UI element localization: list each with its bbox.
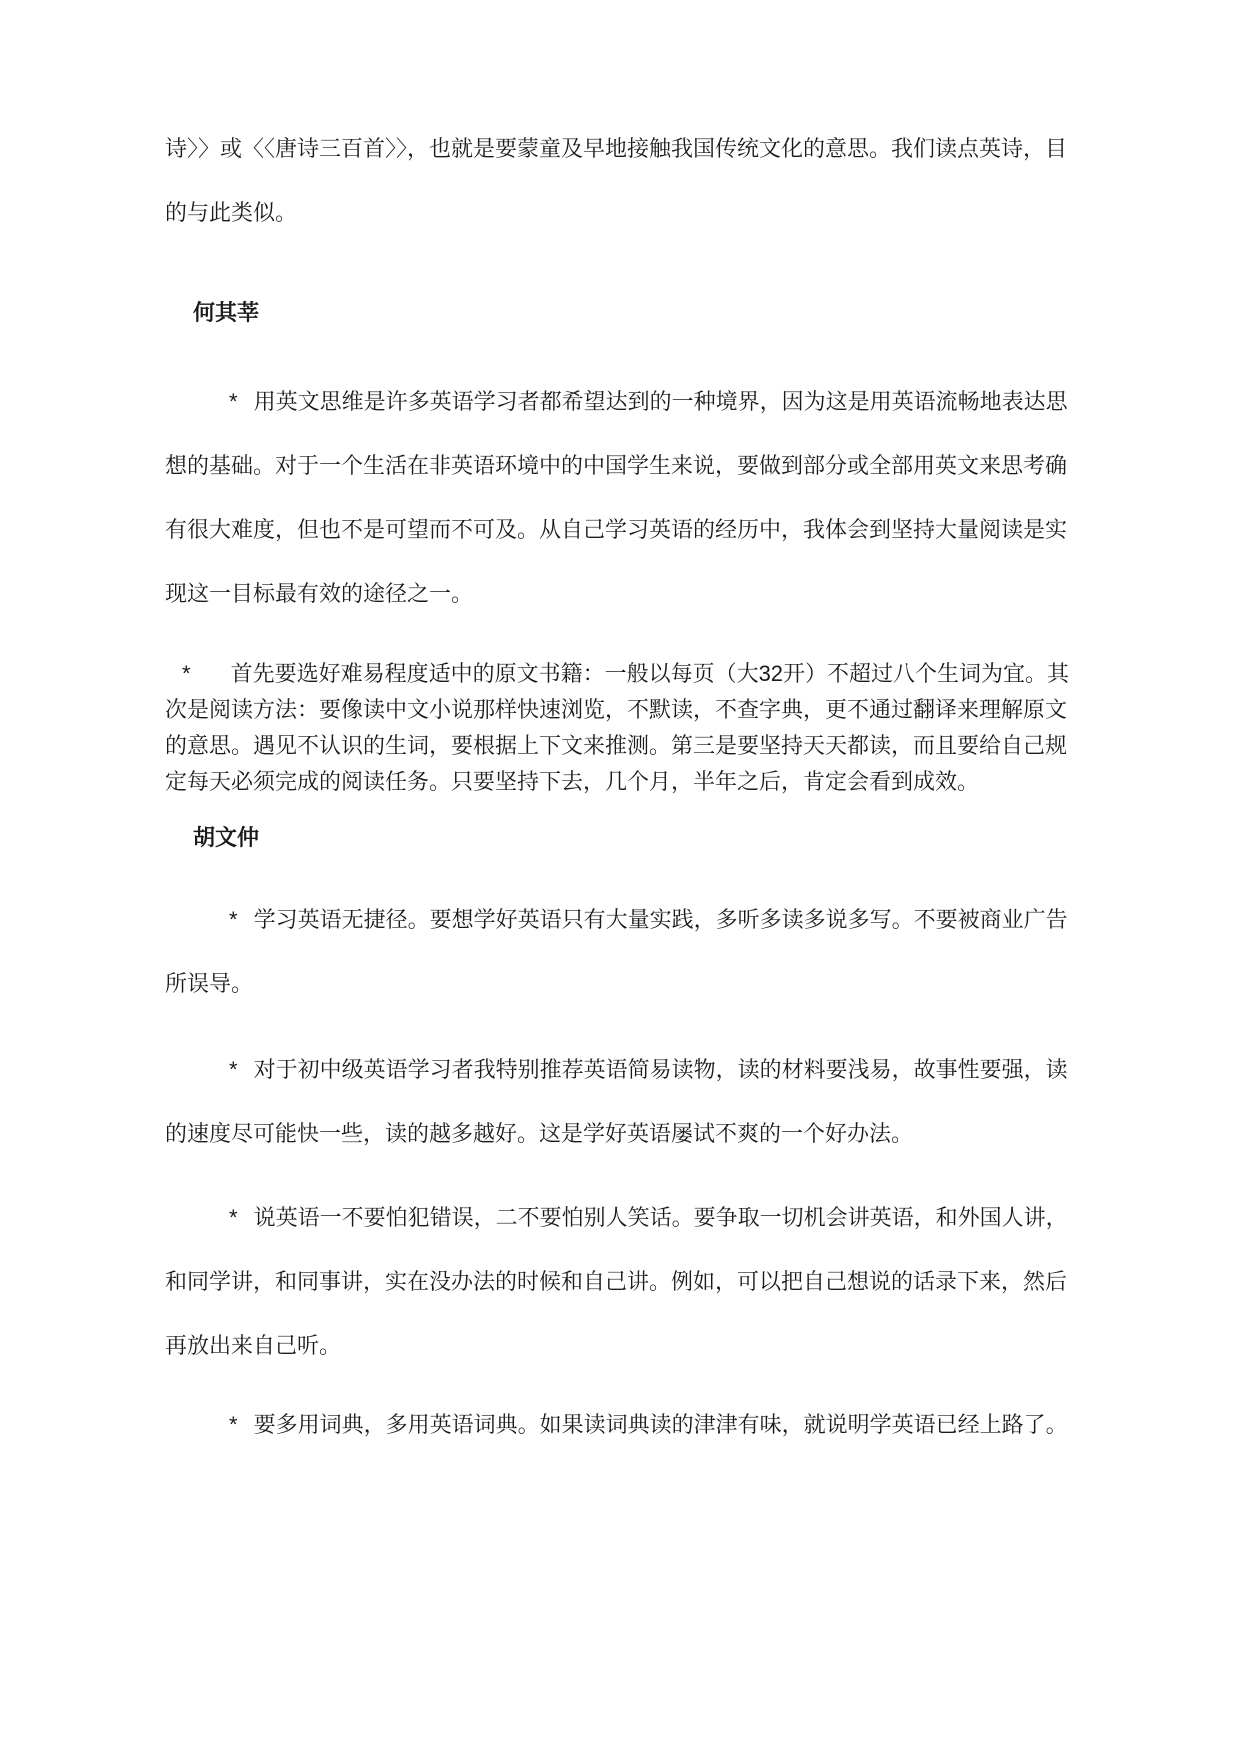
paragraph-text: 要多用词典，多用英语词典。如果读词典读的津津有味，就说明学英语已经上路了。: [254, 1412, 1068, 1437]
paragraph-text: 首先要选好难易程度适中的原文书籍：一般以每页（大32开）不超过八个生词为宜。其次…: [165, 661, 1069, 794]
paragraph-text: 学习英语无捷径。要想学好英语只有大量实践，多听多读多说多写。不要被商业广告所误导…: [165, 907, 1068, 996]
document-content: 诗〉〉或〈〈唐诗三百首〉〉，也就是要蒙童及早地接触我国传统文化的意思。我们读点英…: [165, 117, 1085, 1457]
paragraph-quote: *首先要选好难易程度适中的原文书籍：一般以每页（大32开）不超过八个生词为宜。其…: [165, 656, 1085, 800]
asterisk-bullet: *: [229, 1057, 254, 1082]
asterisk-bullet: *: [229, 907, 254, 932]
paragraph-continuation: 诗〉〉或〈〈唐诗三百首〉〉，也就是要蒙童及早地接触我国传统文化的意思。我们读点英…: [165, 117, 1085, 245]
paragraph-text: 说英语一不要怕犯错误，二不要怕别人笑话。要争取一切机会讲英语，和外国人讲，和同学…: [165, 1205, 1068, 1358]
section-heading-he-qixin: 何其莘: [165, 281, 1085, 345]
section-heading-hu-wenzhong: 胡文仲: [165, 806, 1085, 870]
paragraph-quote: *要多用词典，多用英语词典。如果读词典读的津津有味，就说明学英语已经上路了。: [165, 1393, 1085, 1457]
document-page: 诗〉〉或〈〈唐诗三百首〉〉，也就是要蒙童及早地接触我国传统文化的意思。我们读点英…: [0, 0, 1241, 1754]
asterisk-bullet: *: [229, 1412, 254, 1437]
asterisk-bullet: *: [229, 1205, 254, 1230]
paragraph-text: 对于初中级英语学习者我特别推荐英语简易读物，读的材料要浅易，故事性要强，读的速度…: [165, 1057, 1068, 1146]
paragraph-quote: *说英语一不要怕犯错误，二不要怕别人笑话。要争取一切机会讲英语，和外国人讲，和同…: [165, 1186, 1085, 1378]
paragraph-text: 用英文思维是许多英语学习者都希望达到的一种境界，因为这是用英语流畅地表达思想的基…: [165, 389, 1068, 606]
asterisk-bullet: *: [229, 389, 254, 414]
paragraph-quote: *用英文思维是许多英语学习者都希望达到的一种境界，因为这是用英语流畅地表达思想的…: [165, 370, 1085, 626]
paragraph-quote: *对于初中级英语学习者我特别推荐英语简易读物，读的材料要浅易，故事性要强，读的速…: [165, 1038, 1085, 1166]
paragraph-text: 诗〉〉或〈〈唐诗三百首〉〉，也就是要蒙童及早地接触我国传统文化的意思。我们读点英…: [165, 136, 1067, 225]
paragraph-quote: *学习英语无捷径。要想学好英语只有大量实践，多听多读多说多写。不要被商业广告所误…: [165, 888, 1085, 1016]
asterisk-bullet: *: [182, 661, 231, 686]
